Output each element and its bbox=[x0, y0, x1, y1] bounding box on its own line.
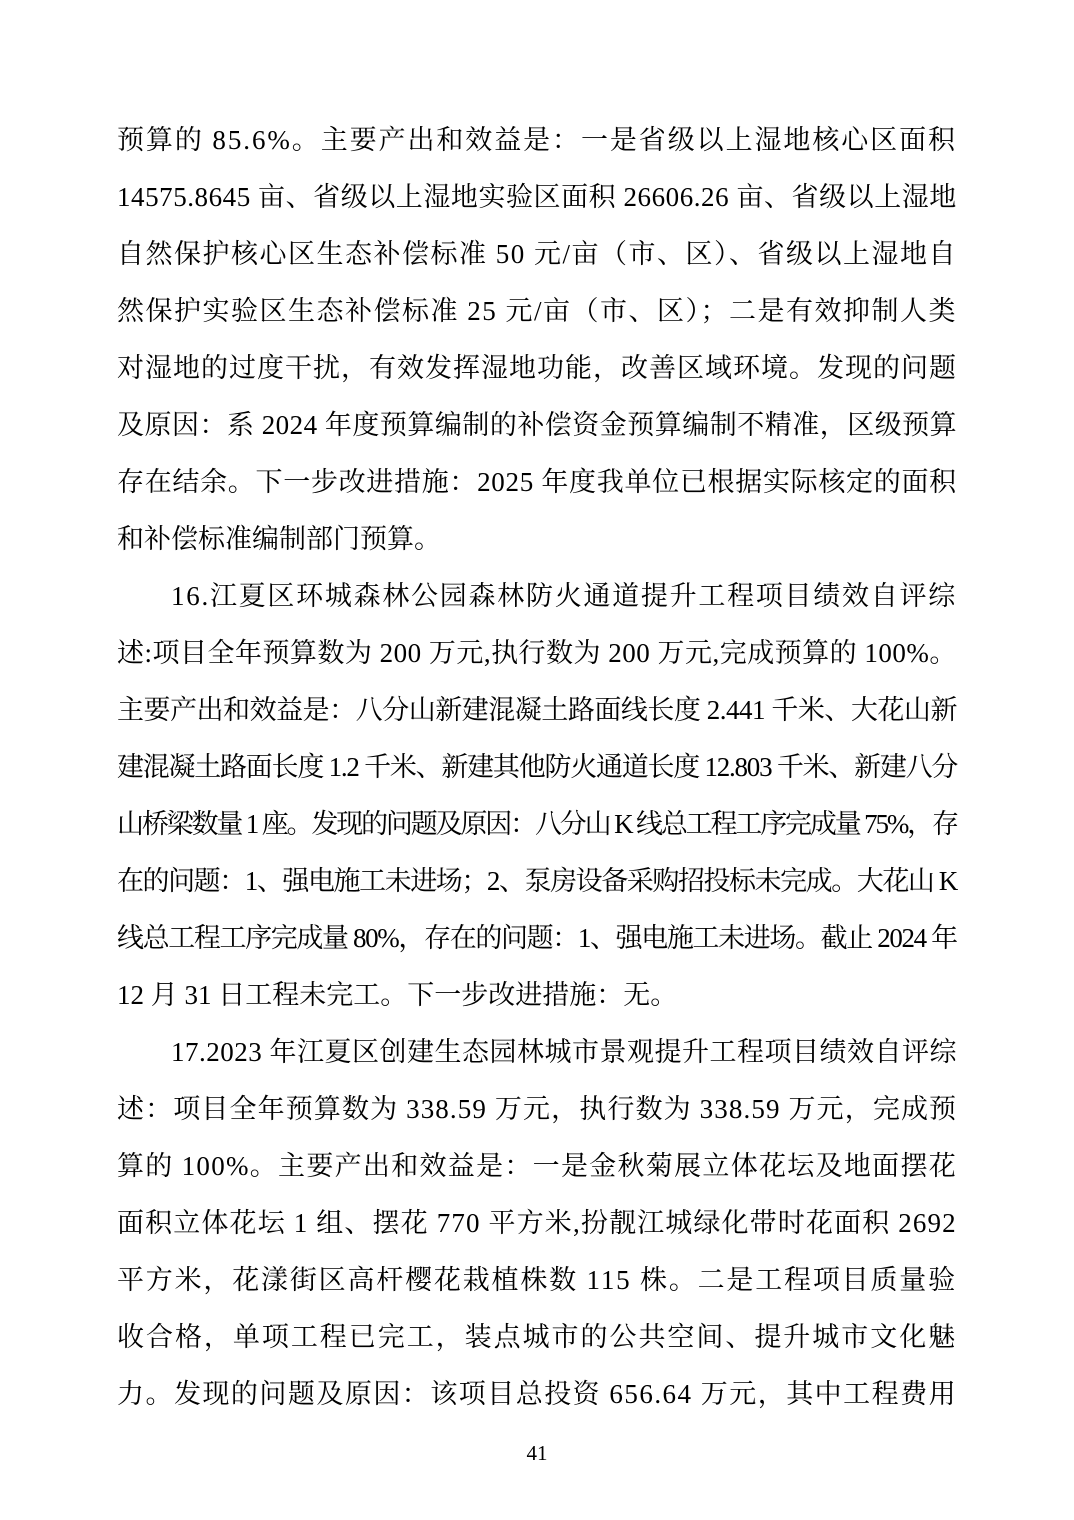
text-line: 面积立体花坛 1 组、摆花 770 平方米,扮靓江城绿化带时花面积 2692 bbox=[117, 1195, 957, 1252]
text-line: 及原因：系 2024 年度预算编制的补偿资金预算编制不精准，区级预算 bbox=[117, 397, 957, 454]
text-line: 平方米，花漾街区高杆樱花栽植株数 115 株。二是工程项目质量验 bbox=[117, 1252, 957, 1309]
text-line: 存在结余。下一步改进措施：2025 年度我单位已根据实际核定的面积 bbox=[117, 454, 957, 511]
text-line: 述：项目全年预算数为 338.59 万元，执行数为 338.59 万元，完成预 bbox=[117, 1081, 957, 1138]
page-footer: 41 bbox=[0, 1438, 1074, 1468]
text-line: 12 月 31 日工程未完工。下一步改进措施：无。 bbox=[117, 967, 957, 1024]
text-line: 述:项目全年预算数为 200 万元,执行数为 200 万元,完成预算的 100%… bbox=[117, 625, 957, 682]
text-line: 力。发现的问题及原因：该项目总投资 656.64 万元，其中工程费用 bbox=[117, 1366, 957, 1423]
text-line: 主要产出和效益是：八分山新建混凝土路面线长度 2.441 千米、大花山新 bbox=[117, 682, 957, 739]
text-line: 建混凝土路面长度 1.2 千米、新建其他防火通道长度 12.803 千米、新建八… bbox=[117, 739, 957, 796]
text-line: 对湿地的过度干扰，有效发挥湿地功能，改善区域环境。发现的问题 bbox=[117, 340, 957, 397]
text-line: 线总工程工序完成量 80%，存在的问题：1、强电施工未进场。截止 2024 年 bbox=[117, 910, 957, 967]
document-page: 预算的 85.6%。主要产出和效益是：一是省级以上湿地核心区面积14575.86… bbox=[0, 0, 1074, 1520]
text-line: 在的问题：1、强电施工未进场；2、泵房设备采购招投标未完成。大花山 K bbox=[117, 853, 957, 910]
text-line: 14575.8645 亩、省级以上湿地实验区面积 26606.26 亩、省级以上… bbox=[117, 169, 957, 226]
text-line: 自然保护核心区生态补偿标准 50 元/亩（市、区）、省级以上湿地自 bbox=[117, 226, 957, 283]
text-line: 17.2023 年江夏区创建生态园林城市景观提升工程项目绩效自评综 bbox=[117, 1024, 957, 1081]
document-body: 预算的 85.6%。主要产出和效益是：一是省级以上湿地核心区面积14575.86… bbox=[117, 112, 957, 1423]
text-line: 和补偿标准编制部门预算。 bbox=[117, 511, 957, 568]
text-line: 16.江夏区环城森林公园森林防火通道提升工程项目绩效自评综 bbox=[117, 568, 957, 625]
text-line: 山桥梁数量 1 座。发现的问题及原因：八分山 K 线总工程工序完成量 75%，存 bbox=[117, 796, 957, 853]
text-line: 算的 100%。主要产出和效益是：一是金秋菊展立体花坛及地面摆花 bbox=[117, 1138, 957, 1195]
text-line: 预算的 85.6%。主要产出和效益是：一是省级以上湿地核心区面积 bbox=[117, 112, 957, 169]
page-number: 41 bbox=[527, 1441, 548, 1465]
text-line: 收合格，单项工程已完工，装点城市的公共空间、提升城市文化魅 bbox=[117, 1309, 957, 1366]
text-line: 然保护实验区生态补偿标准 25 元/亩（市、区）；二是有效抑制人类 bbox=[117, 283, 957, 340]
